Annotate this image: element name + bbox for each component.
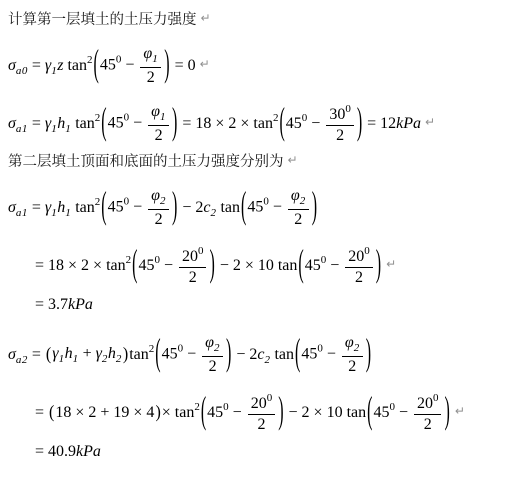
- paren-content: 450 − 2002: [207, 392, 277, 435]
- math-text: =: [28, 199, 45, 216]
- math-variable: kPa: [76, 443, 101, 460]
- math-text: tan: [71, 199, 95, 216]
- right-paren: ): [163, 45, 170, 87]
- fraction-denominator: 2: [202, 356, 223, 376]
- paragraph-mark-icon: ↵: [386, 257, 396, 271]
- math-fraction: φ12: [148, 103, 169, 145]
- math-text: 2: [147, 69, 155, 86]
- math-fraction: φ22: [288, 187, 309, 229]
- equation-result-3-7kpa: = 3.7kPa: [35, 289, 515, 320]
- right-paren: ): [171, 187, 178, 229]
- equation-result-40-9kpa: = 40.9kPa: [35, 436, 515, 467]
- left-paren: (: [297, 245, 304, 287]
- math-variable: σ: [8, 57, 16, 74]
- paren-content: 450 − φ22: [108, 187, 171, 229]
- math-text: tan: [129, 346, 149, 363]
- math-variable: kPa: [396, 115, 421, 132]
- paragraph-mark-icon: ↵: [200, 57, 210, 71]
- paragraph-mark-icon: ↵: [201, 11, 211, 25]
- right-paren: ): [277, 392, 284, 434]
- fraction-numerator: φ2: [288, 187, 309, 209]
- math-superscript: 0: [345, 103, 351, 115]
- math-text: 45: [108, 199, 124, 216]
- math-subscript: a1: [16, 207, 28, 219]
- fraction-numerator: 200: [179, 245, 207, 267]
- fraction-denominator: 2: [148, 125, 169, 145]
- equation-sigma-a1-layer2: σa1 = γ1h1 tan2(450 − φ22) − 2c2 tan(450…: [8, 173, 515, 231]
- math-text: = 40.9: [35, 443, 76, 460]
- fraction-numerator: 200: [248, 392, 276, 414]
- fraction-numerator: 300: [326, 103, 354, 125]
- math-text: 30: [329, 106, 345, 123]
- fraction-denominator: 2: [414, 414, 442, 434]
- paren-content: 450 − φ22: [247, 187, 310, 229]
- math-text: 2: [209, 358, 217, 375]
- math-text: 45: [286, 115, 302, 132]
- fraction-numerator: φ2: [342, 334, 363, 356]
- math-text: tan: [216, 199, 240, 216]
- left-paren: (: [366, 392, 373, 434]
- math-subscript: 1: [152, 53, 158, 65]
- math-text: 45: [162, 346, 178, 363]
- paragraph-mark-icon: ↵: [455, 404, 465, 418]
- fraction-denominator: 2: [248, 414, 276, 434]
- fraction-numerator: φ1: [140, 45, 161, 67]
- math-text: − 2 × 10 tan: [285, 404, 367, 421]
- heading-second-layer-text: 第二层填土顶面和底面的土压力强度分别为: [8, 154, 284, 170]
- math-fraction: 2002: [345, 245, 373, 288]
- math-text: −: [395, 404, 412, 421]
- math-fraction: 2002: [248, 392, 276, 435]
- left-paren: (: [200, 392, 207, 434]
- math-text: =: [28, 115, 45, 132]
- math-text: = 0: [171, 57, 196, 74]
- math-text: − 2: [232, 346, 257, 363]
- math-fraction: φ22: [148, 187, 169, 229]
- math-subscript: 2: [214, 342, 220, 354]
- math-text: =: [28, 57, 45, 74]
- right-paren: ): [356, 103, 363, 145]
- math-variable: σ: [8, 115, 16, 132]
- paren-group: (450 − 2002): [200, 392, 285, 435]
- paren-group: (450 − 2002): [297, 245, 382, 288]
- math-text: 2: [257, 416, 265, 433]
- math-fraction: φ22: [342, 334, 363, 376]
- equation-sigma-a0: σa0 = γ1z tan2(450 − φ12) = 0↵: [8, 31, 515, 89]
- math-fraction: φ22: [202, 334, 223, 376]
- paren-group: (450 − φ22): [294, 334, 372, 376]
- paren-content: 450 − 2002: [138, 245, 208, 288]
- math-subscript: a1: [16, 123, 28, 135]
- math-text: 2: [336, 127, 344, 144]
- math-fraction: 3002: [326, 103, 354, 146]
- paragraph-mark-icon: ↵: [425, 115, 435, 129]
- fraction-denominator: 2: [345, 267, 373, 287]
- paragraph-mark-icon: ↵: [288, 153, 298, 167]
- math-text: 45: [207, 404, 223, 421]
- heading-first-layer-text: 计算第一层填土的土压力强度: [8, 12, 197, 28]
- math-text: 20: [348, 248, 364, 265]
- math-text: 45: [100, 57, 116, 74]
- math-text: 45: [301, 346, 317, 363]
- paren-group: (450 − φ12): [93, 45, 171, 87]
- right-paren: ): [171, 103, 178, 145]
- math-subscript: a0: [16, 65, 28, 77]
- math-variable: σ: [8, 199, 16, 216]
- fraction-denominator: 2: [288, 209, 309, 229]
- fraction-denominator: 2: [179, 267, 207, 287]
- fraction-denominator: 2: [342, 356, 363, 376]
- math-text: −: [326, 257, 343, 274]
- math-text: −: [160, 257, 177, 274]
- left-paren: (: [45, 345, 52, 366]
- math-subscript: 2: [300, 195, 306, 207]
- right-paren: ): [311, 187, 318, 229]
- math-text: −: [323, 346, 340, 363]
- math-variable: φ: [143, 45, 152, 62]
- math-text: 20: [251, 395, 267, 412]
- math-variable: φ: [205, 334, 214, 351]
- right-paren: ): [154, 403, 161, 424]
- paren-group: (450 − φ22): [240, 187, 318, 229]
- paren-content: 450 − φ22: [162, 334, 225, 376]
- math-text: 2: [355, 269, 363, 286]
- paren-group: (450 − 2002): [131, 245, 216, 288]
- math-variable: φ: [151, 187, 160, 204]
- math-variable: h: [65, 345, 73, 362]
- math-text: × tan: [162, 404, 195, 421]
- math-text: 20: [182, 248, 198, 265]
- math-superscript: 0: [364, 245, 370, 257]
- math-text: 2: [348, 358, 356, 375]
- paren-group: (450 − φ22): [100, 187, 178, 229]
- fraction-numerator: φ1: [148, 103, 169, 125]
- math-fraction: 2002: [414, 392, 442, 435]
- paren-content: 450 − 2002: [373, 392, 443, 435]
- math-text: = 3.7: [35, 296, 68, 313]
- math-superscript: 0: [198, 245, 204, 257]
- math-subscript: a2: [16, 354, 28, 366]
- left-paren: (: [154, 334, 161, 376]
- right-paren: ): [365, 334, 372, 376]
- equation-sigma-a1-layer1: σa1 = γ1h1 tan2(450 − φ12) = 18 × 2 × ta…: [8, 89, 515, 147]
- math-variable: φ: [151, 103, 160, 120]
- paren-group: (γ1h1 + γ2h2): [45, 345, 129, 365]
- math-text: 20: [417, 395, 433, 412]
- math-text: 45: [247, 199, 263, 216]
- left-paren: (: [100, 187, 107, 229]
- fraction-numerator: φ2: [202, 334, 223, 356]
- paren-group: (18 × 2 + 19 × 4): [48, 404, 162, 422]
- right-paren: ): [208, 245, 215, 287]
- math-text: = 18 × 2 × tan: [35, 257, 126, 274]
- math-text: tan: [71, 115, 95, 132]
- left-paren: (: [294, 334, 301, 376]
- paren-content: γ1h1 + γ2h2: [52, 345, 122, 365]
- equation-sigma-a1-layer2-numeric: = 18 × 2 × tan2(450 − 2002) − 2 × 10 tan…: [35, 231, 515, 289]
- math-fraction: φ12: [140, 45, 161, 87]
- math-text: +: [79, 345, 96, 362]
- math-text: 18 × 2 + 19 × 4: [55, 404, 154, 421]
- math-text: 45: [138, 257, 154, 274]
- paren-group: (450 − 3002): [278, 103, 363, 146]
- right-paren: ): [122, 345, 129, 366]
- heading-first-layer: 计算第一层填土的土压力强度↵: [8, 5, 515, 31]
- left-paren: (: [278, 103, 285, 145]
- math-text: = 18 × 2 × tan: [178, 115, 273, 132]
- right-paren: ): [443, 392, 450, 434]
- math-text: 2: [155, 127, 163, 144]
- fraction-numerator: 200: [414, 392, 442, 414]
- paren-group: (450 − φ22): [154, 334, 232, 376]
- math-subscript: 2: [160, 195, 166, 207]
- math-text: −: [129, 199, 146, 216]
- math-text: −: [129, 115, 146, 132]
- math-fraction: 2002: [179, 245, 207, 288]
- left-paren: (: [240, 187, 247, 229]
- math-text: =: [28, 346, 45, 363]
- math-variable: φ: [291, 187, 300, 204]
- equation-sigma-a2: σa2 = (γ1h1 + γ2h2)tan2(450 − φ22) − 2c2…: [8, 320, 515, 378]
- left-paren: (: [100, 103, 107, 145]
- math-text: tan: [63, 57, 87, 74]
- math-text: 2: [294, 211, 302, 228]
- left-paren: (: [93, 45, 100, 87]
- math-text: −: [183, 346, 200, 363]
- fraction-denominator: 2: [148, 209, 169, 229]
- math-text: tan: [270, 346, 294, 363]
- paren-content: 450 − φ22: [301, 334, 364, 376]
- math-text: − 2: [178, 199, 203, 216]
- math-text: 45: [108, 115, 124, 132]
- math-subscript: 2: [354, 342, 360, 354]
- left-paren: (: [48, 403, 55, 424]
- paren-content: 450 − 3002: [286, 103, 356, 146]
- fraction-denominator: 2: [326, 125, 354, 145]
- math-text: =: [35, 404, 48, 421]
- paren-content: 18 × 2 + 19 × 4: [55, 404, 154, 422]
- math-superscript: 0: [433, 392, 439, 404]
- fraction-numerator: 200: [345, 245, 373, 267]
- math-text: 2: [189, 269, 197, 286]
- math-text: −: [121, 57, 138, 74]
- paren-group: (450 − φ12): [100, 103, 178, 145]
- right-paren: ): [225, 334, 232, 376]
- math-subscript: 1: [160, 111, 166, 123]
- math-text: −: [229, 404, 246, 421]
- math-text: 2: [424, 416, 432, 433]
- math-text: −: [269, 199, 286, 216]
- fraction-numerator: φ2: [148, 187, 169, 209]
- left-paren: (: [131, 245, 138, 287]
- paren-content: 450 − φ12: [108, 103, 171, 145]
- math-text: − 2 × 10 tan: [216, 257, 298, 274]
- right-paren: ): [375, 245, 382, 287]
- paren-group: (450 − 2002): [366, 392, 451, 435]
- document-page: 计算第一层填土的土压力强度↵ σa0 = γ1z tan2(450 − φ12)…: [0, 0, 515, 467]
- heading-second-layer: 第二层填土顶面和底面的土压力强度分别为↵: [8, 147, 515, 173]
- math-variable: kPa: [68, 296, 93, 313]
- math-variable: σ: [8, 346, 16, 363]
- paren-content: 450 − 2002: [305, 245, 375, 288]
- math-variable: h: [108, 345, 116, 362]
- math-text: 45: [373, 404, 389, 421]
- paren-content: 450 − φ12: [100, 45, 163, 87]
- math-text: −: [307, 115, 324, 132]
- math-superscript: 0: [267, 392, 273, 404]
- math-text: 45: [305, 257, 321, 274]
- math-text: = 12: [363, 115, 396, 132]
- equation-sigma-a2-numeric: = (18 × 2 + 19 × 4)× tan2(450 − 2002) − …: [35, 378, 515, 436]
- math-variable: φ: [345, 334, 354, 351]
- math-text: 2: [155, 211, 163, 228]
- fraction-denominator: 2: [140, 67, 161, 87]
